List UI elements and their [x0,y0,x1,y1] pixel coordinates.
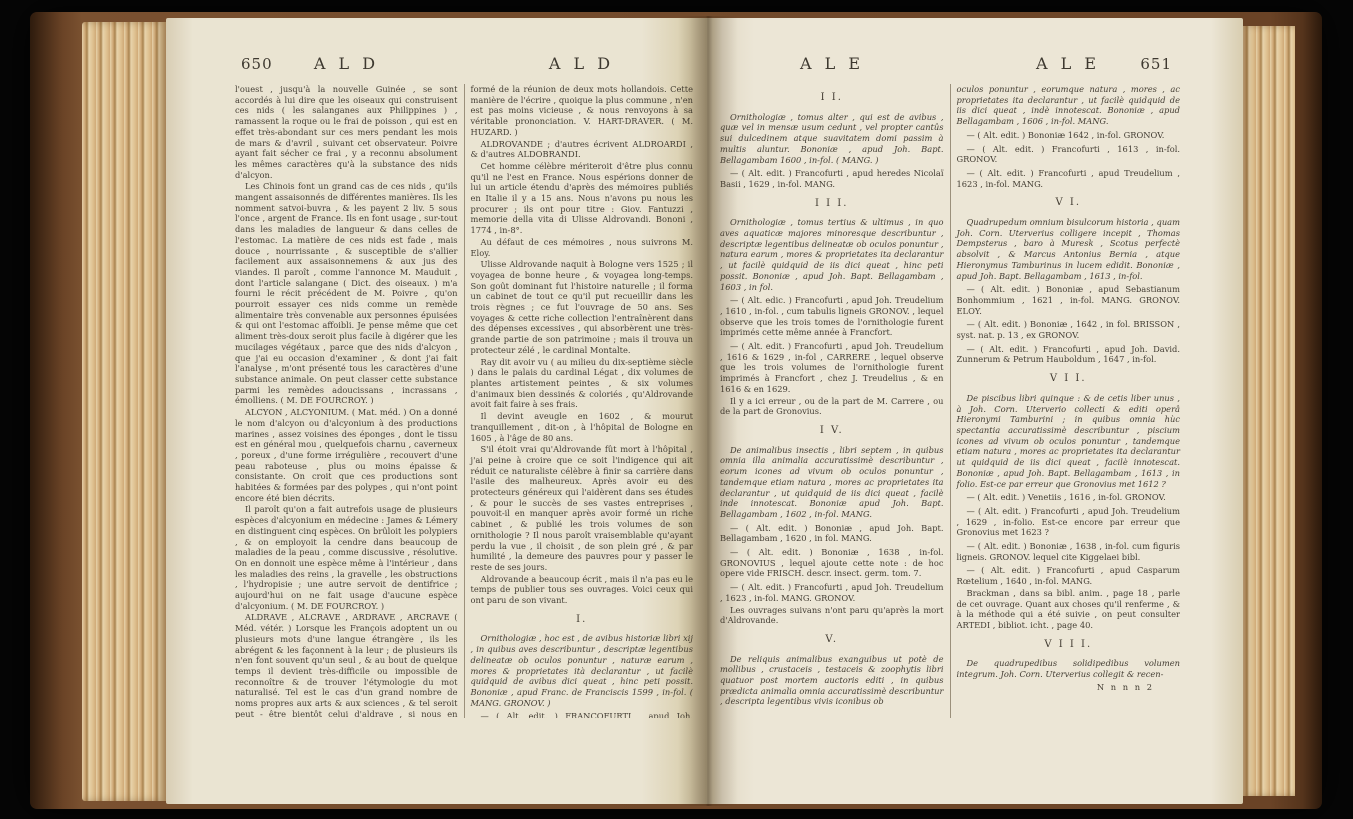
paragraph: formé de la réunion de deux mots holland… [471,84,694,138]
paragraph: — ( Alt. edit. ) Francofurti , apud here… [720,168,944,189]
paragraph: De animalibus insectis , libri septem , … [720,445,944,520]
left-page: 650 A L D A L D l'ouest , jusqu'à la nou… [166,18,706,804]
left-page-header: 650 A L D A L D [229,54,699,80]
paragraph: Ornithologiæ , hoc est , de avibus histo… [471,633,694,708]
paragraph: De quadrupedibus solidipedibus volumen i… [957,658,1181,679]
paragraph: — ( Alt. edit. ) Bononiæ , 1642 , in fol… [957,319,1181,340]
paragraph: Ornithologiæ , tomus alter , qui est de … [720,112,944,166]
paragraph: ALDRAVE , ALCRAVE , ARDRAVE , ARCRAVE ( … [235,612,458,718]
paragraph: — ( Alt. edit. ) FRANCOFURTI , apud Joh.… [471,711,694,718]
page-number: 651 [1140,55,1172,73]
paragraph: — ( Alt. edit. ) Francofurti , 1613 , in… [957,144,1181,165]
paragraph: Ornithologiæ , tomus tertius & ultimus ,… [720,217,944,292]
paragraph: — ( Alt. edit. ) Bononiæ , apud Joh. Bap… [720,523,944,544]
paragraph: Brackman , dans sa bibl. anim. , page 18… [957,588,1181,631]
paragraph: Il paroît qu'on a fait autrefois usage d… [235,504,458,611]
paragraph: Il devint aveugle en 1602 , & mourut tra… [471,411,694,443]
section-numeral: I. [471,615,694,626]
paragraph: Cet homme célèbre mériteroit d'être plus… [471,161,694,236]
paragraph: ALCYON , ALCYONIUM. ( Mat. méd. ) On a d… [235,407,458,503]
paragraph: De piscibus libri quinque : & de cetis l… [957,393,1181,489]
right-page-header: 651 A L E A L E [714,54,1186,80]
paragraph: — ( Alt. edit. ) Bononiæ , apud Sebastia… [957,284,1181,316]
paragraph: Aldrovande a beaucoup écrit , mais il n'… [471,574,694,606]
paragraph: S'il étoit vrai qu'Aldrovande fût mort à… [471,444,694,572]
text-column: I I.Ornithologiæ , tomus alter , qui est… [714,84,950,718]
paragraph: Il y a ici erreur , ou de la part de M. … [720,396,944,417]
right-page: 651 A L E A L E I I.Ornithologiæ , tomus… [706,18,1243,804]
paragraph: ALDROVANDE ; d'autres écrivent ALDROARDI… [471,139,694,160]
section-numeral: V I I. [957,374,1181,385]
paragraph: l'ouest , jusqu'à la nouvelle Guinée , s… [235,84,458,180]
paragraph: — ( Alt. edit. ) Francofurti , apud Joh.… [720,341,944,395]
paragraph: Les ouvrages suivans n'ont paru qu'après… [720,605,944,626]
book-photo: 650 A L D A L D l'ouest , jusqu'à la nou… [30,12,1322,809]
page-number: 650 [241,55,273,73]
paragraph: Quadrupedum omnium bisulcorum historia ,… [957,217,1181,281]
text-column: oculos ponuntur , eorumque natura , more… [950,84,1187,718]
section-numeral: I V. [720,426,944,437]
page-edge-stack-left [82,22,166,801]
paragraph: — ( Alt. edit. ) Francofurti , apud Treu… [957,168,1181,189]
paragraph: — ( Alt. edit. ) Bononiæ , 1638 , in-fol… [720,547,944,579]
section-numeral: I I I. [720,199,944,210]
section-numeral: V. [720,635,944,646]
text-column: l'ouest , jusqu'à la nouvelle Guinée , s… [229,84,464,718]
text-column: formé de la réunion de deux mots holland… [464,84,700,718]
paragraph: — ( Alt. edic. ) Francofurti , apud Joh.… [720,295,944,338]
paragraph: — ( Alt. edit. ) Francofurti , apud Joh.… [957,344,1181,365]
paragraph: oculos ponuntur , eorumque natura , more… [957,84,1181,127]
section-numeral: V I. [957,198,1181,209]
paragraph: De reliquis animalibus exanguibus ut pot… [720,654,944,708]
section-numeral: V I I I. [957,640,1181,651]
paragraph: — ( Alt. edit. ) Francofurti , apud Joh.… [957,506,1181,538]
paragraph: — ( Alt. edit. ) Bononiæ 1642 , in-fol. … [957,130,1181,141]
running-head: A L D [464,54,699,80]
paragraph: Au défaut de ces mémoires , nous suivron… [471,237,694,258]
paragraph: — ( Alt. edit. ) Francofurti , apud Joh.… [720,582,944,603]
paragraph: Ulisse Aldrovande naquit à Bologne vers … [471,259,694,355]
paragraph: — ( Alt. edit. ) Francofurti , apud Casp… [957,565,1181,586]
running-head: A L E [714,54,950,80]
section-numeral: I I. [720,93,944,104]
paragraph: — ( Alt. edit. ) Venetiis , 1616 , in-fo… [957,492,1181,503]
paragraph: — ( Alt. edit. ) Bononiæ , 1638 , in-fol… [957,541,1181,562]
paragraph: Les Chinois font un grand cas de ces nid… [235,181,458,406]
paragraph: Ray dit avoir vu ( au milieu du dix-sept… [471,357,694,411]
page-edge-stack-right [1242,26,1295,796]
signature-mark: N n n n 2 [957,682,1181,693]
